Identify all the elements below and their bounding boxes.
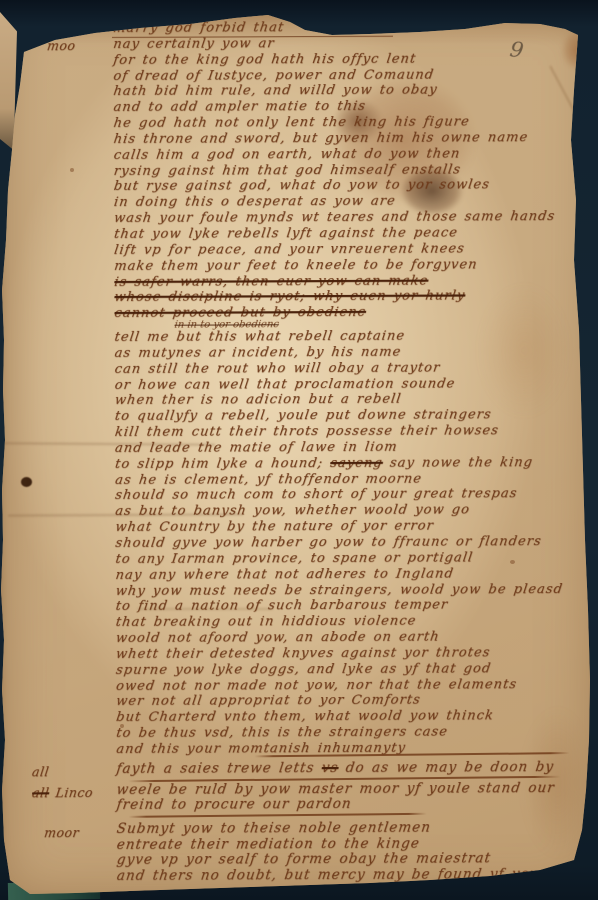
margin-prefix-text: all	[46, 22, 65, 37]
photograph-of-manuscript: { "document": { "folio_number": "9", "co…	[0, 0, 598, 900]
manuscript-leaf: 9 allmarry god forbid thatmoonay certain…	[0, 0, 598, 900]
photo-background: 9 allmarry god forbid thatmoonay certain…	[0, 0, 598, 900]
margin-speech-prefix: all	[46, 22, 65, 38]
paper-edge-shadow	[0, 0, 598, 900]
